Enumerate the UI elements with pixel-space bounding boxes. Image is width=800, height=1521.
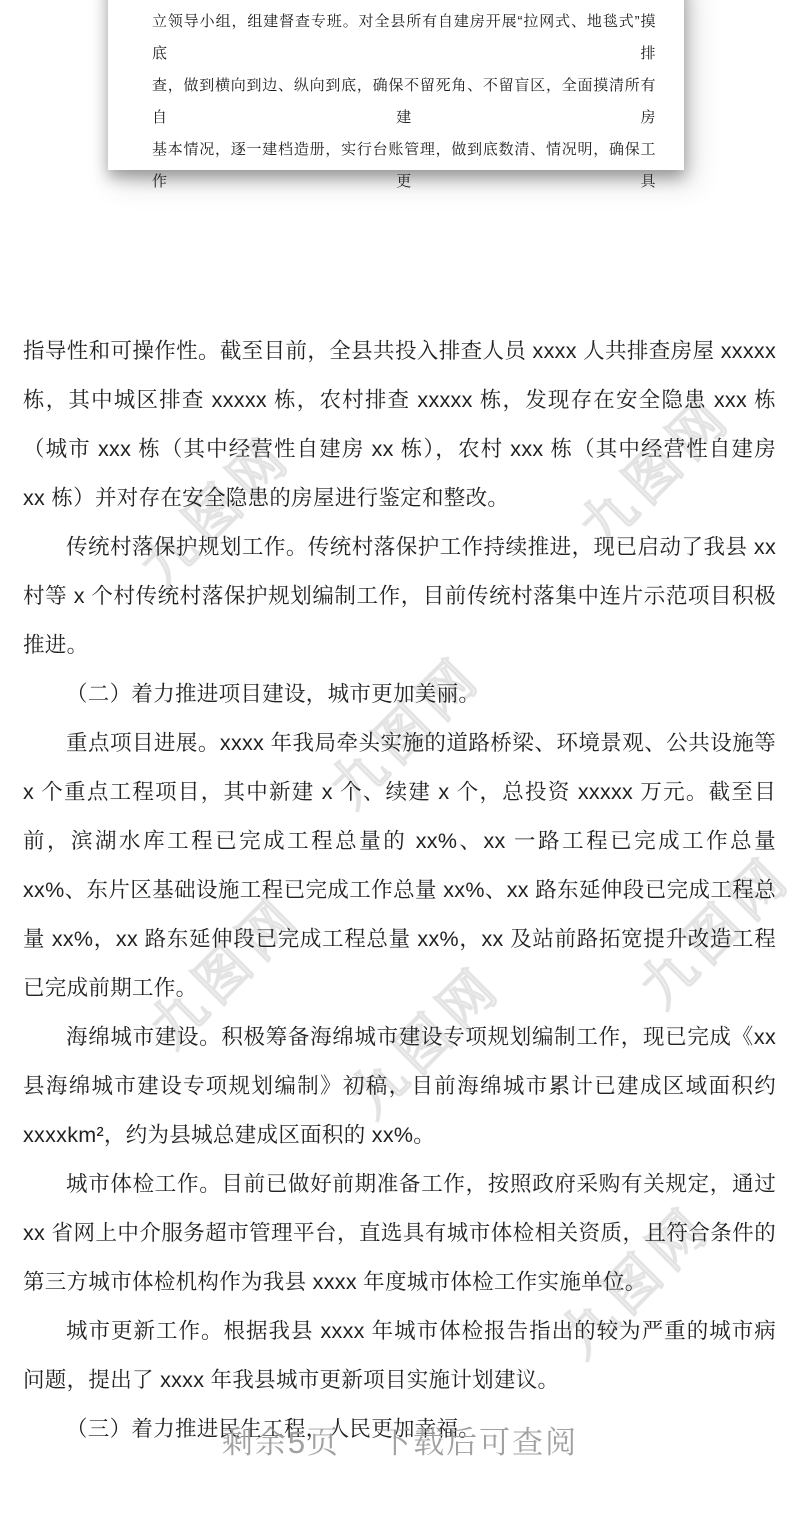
previous-page-card-line: 立领导小组，组建督查专班。对全县所有自建房开展“拉网式、地毯式”摸底排 [152,6,656,70]
body-paragraph: （二）着力推进项目建设，城市更加美丽。 [23,670,776,719]
previous-page-preview-card: 立领导小组，组建督查专班。对全县所有自建房开展“拉网式、地毯式”摸底排查，做到横… [108,0,684,170]
remaining-pages-label: 剩余5页 [222,1425,340,1460]
body-paragraph: 城市体检工作。目前已做好前期准备工作，按照政府采购有关规定，通过 xx 省网上中… [23,1160,776,1307]
document-preview-page: { "top_card": { "lines": [ "立领导小组，组建督查专班… [0,0,800,1521]
body-paragraph: 指导性和可操作性。截至目前，全县共投入排查人员 xxxx 人共排查房屋 xxxx… [23,327,776,523]
previous-page-card-line: 基本情况，逐一建档造册，实行台账管理，做到底数清、情况明，确保工作更具 [152,134,656,198]
previous-page-card-text: 立领导小组，组建督查专班。对全县所有自建房开展“拉网式、地毯式”摸底排查，做到横… [152,6,656,198]
pages-remaining-hint: 剩余5页下载后可查阅 [0,1417,800,1462]
body-paragraph: 传统村落保护规划工作。传统村落保护工作持续推进，现已启动了我县 xx 村等 x … [23,523,776,670]
body-paragraph: 城市更新工作。根据我县 xxxx 年城市体检报告指出的较为严重的城市病问题，提出… [23,1307,776,1405]
body-paragraph: 重点项目进展。xxxx 年我局牵头实施的道路桥梁、环境景观、公共设施等 x 个重… [23,719,776,1013]
download-to-view-label: 下载后可查阅 [380,1425,578,1460]
document-body: 指导性和可操作性。截至目前，全县共投入排查人员 xxxx 人共排查房屋 xxxx… [23,327,776,1454]
previous-page-card-line: 查，做到横向到边、纵向到底，确保不留死角、不留盲区，全面摸清所有自建房 [152,70,656,134]
body-paragraph: 海绵城市建设。积极筹备海绵城市建设专项规划编制工作，现已完成《xx 县海绵城市建… [23,1013,776,1160]
